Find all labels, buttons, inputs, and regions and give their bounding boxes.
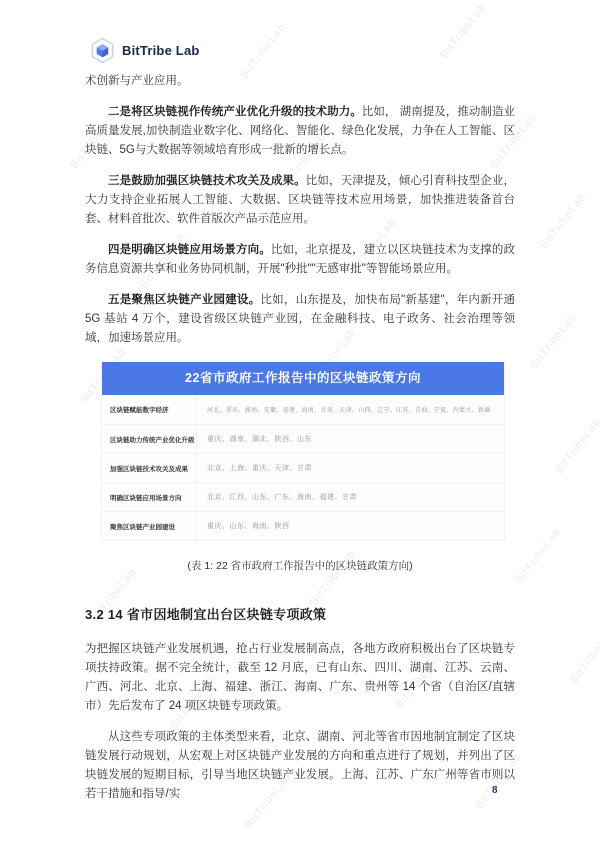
paragraph-point-2: 二是将区块链视作传统产业优化升级的技术助力。比如， 湖南提及，推动制造业高质量发…	[85, 103, 515, 160]
table-row: 聚焦区块链产业园建设 重庆、山东、海南、陕西	[102, 511, 504, 540]
bittribe-cube-icon	[90, 37, 115, 64]
table-caption: (表 1: 22 省市政府工作报告中的区块链政策方向)	[85, 558, 515, 573]
table-cell-provinces: 重庆、山东、海南、陕西	[196, 512, 504, 540]
table-row: 明确区块链应用场景方向 北京、江西、山东、广东、海南、福建、甘肃	[102, 482, 504, 511]
watermark: BitTribeLab	[438, 1, 489, 61]
paragraph-point-5: 五是聚焦区块链产业园建设。比如，山东提及，加快布局"新基建"，年内新开通 5G …	[85, 291, 515, 348]
paragraph-point-4: 四是明确区块链应用场景方向。比如，北京提及，建立以区块链技术为支撑的政务信息资源…	[85, 241, 515, 279]
page-content: 术创新与产业应用。 二是将区块链视作传统产业优化升级的技术助力。比如， 湖南提及…	[85, 72, 515, 816]
paragraph-continuation: 术创新与产业应用。	[85, 72, 515, 91]
table-cell-provinces: 北京、江西、山东、广东、海南、福建、甘肃	[196, 483, 504, 511]
table-cell-provinces: 北京、上海、重庆、天津、甘肃	[196, 454, 504, 482]
policy-direction-table: 22省市政府工作报告中的区块链政策方向 区块链赋能数字经济 河北、重庆、湖南、安…	[101, 362, 505, 541]
brand-logo: BitTribe Lab	[90, 37, 200, 64]
paragraph-lead: 三是鼓励加强区块链技术攻关及成果。	[108, 175, 306, 187]
section-paragraph-1: 为把握区块链产业发展机遇，抢占行业发展制高点，各地方政府积极出台了区块链专项扶持…	[85, 640, 515, 716]
paragraph-lead: 四是明确区块链应用场景方向。	[108, 244, 271, 256]
table-cell-category: 加强区块链技术攻关及成果	[102, 454, 196, 482]
paragraph-lead: 五是聚焦区块链产业园建设。	[108, 294, 260, 306]
section-heading: 3.2 14 省市因地制宜出台区块链专项政策	[85, 604, 515, 623]
table-cell-category: 明确区块链应用场景方向	[102, 483, 196, 511]
watermark: BitTribeLab	[513, 526, 564, 586]
brand-name: BitTribe Lab	[122, 43, 200, 58]
section-paragraph-2: 从这些专项政策的主体类型来看，北京、湖南、河北等省市因地制宜制定了区块链发展行动…	[85, 728, 515, 804]
table-title: 22省市政府工作报告中的区块链政策方向	[102, 362, 504, 395]
watermark: BitTribeLab	[553, 416, 600, 476]
table-row: 加强区块链技术攻关及成果 北京、上海、重庆、天津、甘肃	[102, 453, 504, 482]
table-cell-provinces: 重庆、湖南、湖北、陕西、山东	[196, 425, 504, 453]
table-cell-category: 区块链赋能数字经济	[102, 395, 196, 424]
watermark: BitTribeLab	[568, 626, 600, 686]
watermark: BitTribeLab	[528, 311, 579, 371]
watermark: BitTribeLab	[538, 191, 589, 251]
table-row: 区块链助力传统产业优化升级 重庆、湖南、湖北、陕西、山东	[102, 424, 504, 453]
paragraph-lead: 二是将区块链视作传统产业优化升级的技术助力。	[108, 106, 362, 118]
page-number: 8	[492, 785, 498, 796]
document-page: BitTribeLab BitTribeLab BitTribeLab BitT…	[0, 0, 600, 848]
table-cell-provinces: 河北、重庆、湖南、安徽、福建、海南、甘肃、天津、山西、辽宁、江苏、青海、宁夏、内…	[196, 395, 504, 424]
paragraph-point-3: 三是鼓励加强区块链技术攻关及成果。比如，天津提及，倾心引育科技型企业，大力支持企…	[85, 172, 515, 229]
table-cell-category: 区块链助力传统产业优化升级	[102, 425, 196, 453]
table-row: 区块链赋能数字经济 河北、重庆、湖南、安徽、福建、海南、甘肃、天津、山西、辽宁、…	[102, 395, 504, 424]
table-cell-category: 聚焦区块链产业园建设	[102, 512, 196, 540]
